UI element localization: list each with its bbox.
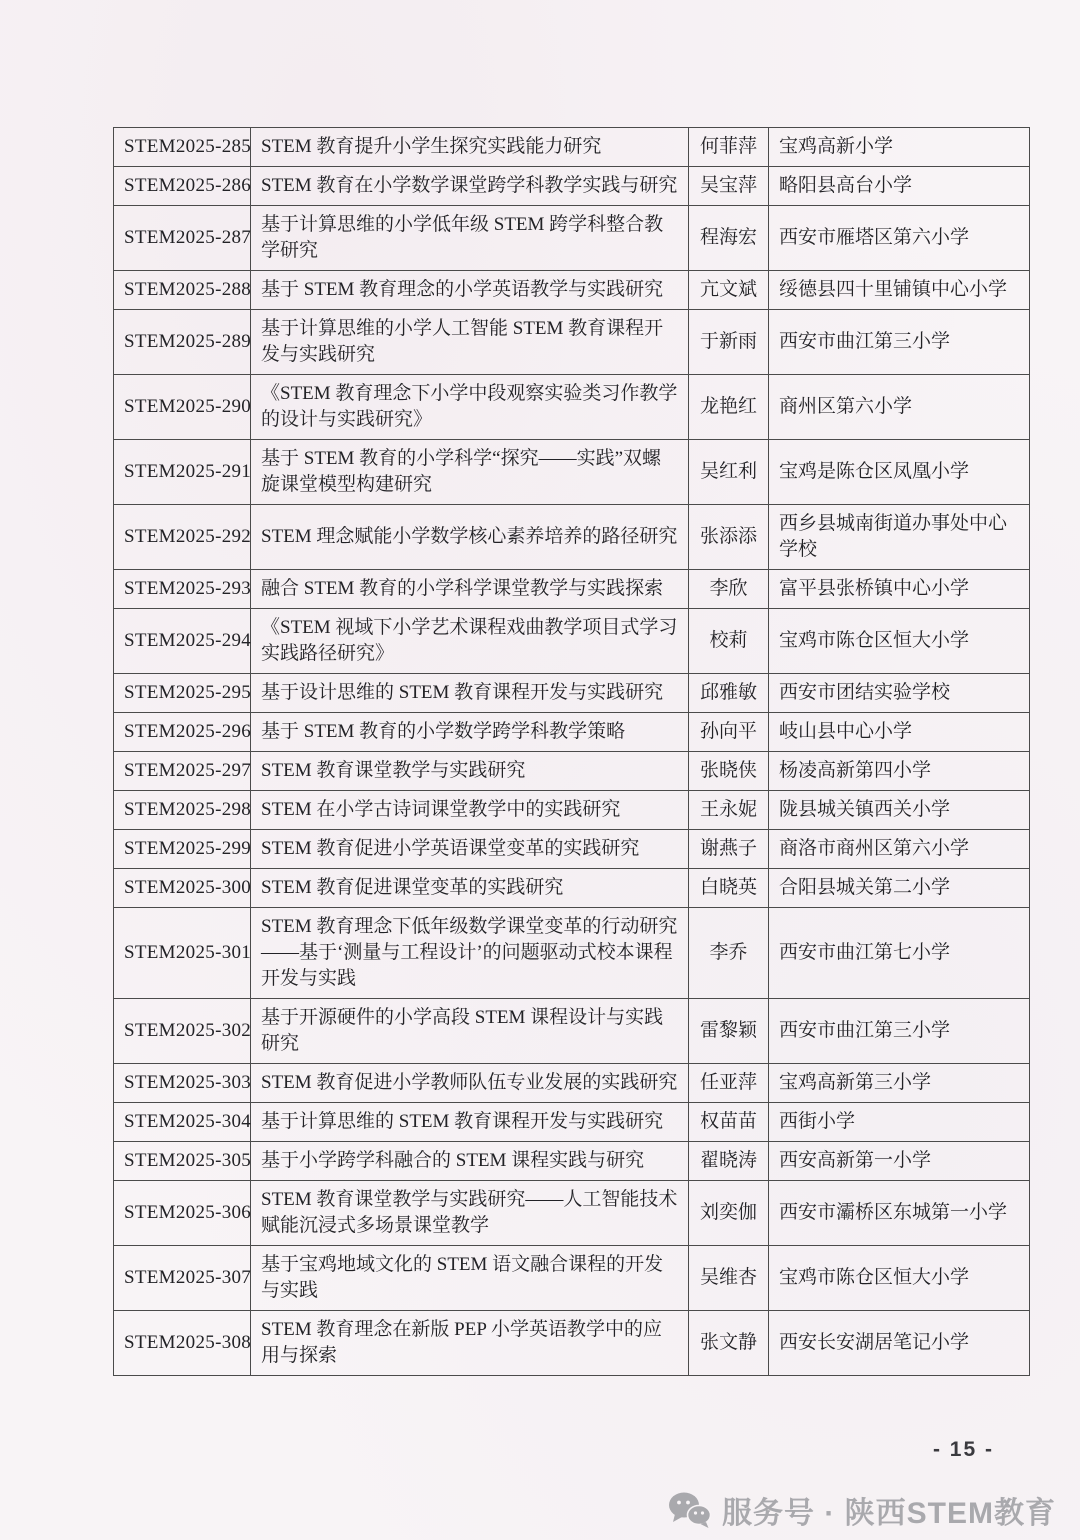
project-title: 基于计算思维的小学低年级 STEM 跨学科整合教学研究	[261, 214, 663, 261]
leader-name-cell: 张添添	[689, 505, 769, 570]
leader-name-cell: 翟晓涛	[689, 1142, 769, 1181]
project-id: STEM2025-305	[124, 1150, 251, 1171]
leader-name-cell: 任亚萍	[689, 1064, 769, 1103]
leader-name: 权苗苗	[700, 1111, 757, 1132]
project-id-cell: STEM2025-289	[114, 310, 251, 375]
school-name-cell: 绥德县四十里铺镇中心小学	[769, 271, 1030, 310]
project-id-cell: STEM2025-287	[114, 206, 251, 271]
project-title: 基于 STEM 教育理念的小学英语教学与实践研究	[261, 279, 663, 300]
leader-name: 程海宏	[700, 227, 757, 248]
leader-name: 吴维杏	[700, 1267, 757, 1288]
project-id: STEM2025-294	[124, 630, 251, 651]
school-name-cell: 略阳县高台小学	[769, 167, 1030, 206]
projects-table-container: STEM2025-285 STEM 教育提升小学生探究实践能力研究 何菲萍 宝鸡…	[113, 127, 1029, 1376]
table-row: STEM2025-300 STEM 教育促进课堂变革的实践研究 白晓英 合阳县城…	[114, 869, 1030, 908]
project-title-cell: 基于小学跨学科融合的 STEM 课程实践与研究	[251, 1142, 689, 1181]
leader-name-cell: 吴宝萍	[689, 167, 769, 206]
school-name: 杨凌高新第四小学	[779, 760, 931, 781]
table-row: STEM2025-306 STEM 教育课堂教学与实践研究——人工智能技术赋能沉…	[114, 1181, 1030, 1246]
project-title-cell: 基于计算思维的小学人工智能 STEM 教育课程开发与实践研究	[251, 310, 689, 375]
project-title: STEM 在小学古诗词课堂教学中的实践研究	[261, 799, 620, 820]
project-id: STEM2025-306	[124, 1202, 251, 1223]
project-id-cell: STEM2025-285	[114, 128, 251, 167]
leader-name: 亢文斌	[700, 279, 757, 300]
school-name-cell: 宝鸡是陈仓区凤凰小学	[769, 440, 1030, 505]
project-id: STEM2025-303	[124, 1072, 251, 1093]
leader-name-cell: 张文静	[689, 1311, 769, 1376]
school-name-cell: 西安市曲江第七小学	[769, 908, 1030, 999]
project-id: STEM2025-292	[124, 526, 251, 547]
watermark-label: 服务号 · 陕西STEM教育	[722, 1488, 1056, 1532]
table-row: STEM2025-297 STEM 教育课堂教学与实践研究 张晓侠 杨凌高新第四…	[114, 752, 1030, 791]
school-name: 富平县张桥镇中心小学	[779, 578, 969, 599]
table-row: STEM2025-299 STEM 教育促进小学英语课堂变革的实践研究 谢燕子 …	[114, 830, 1030, 869]
project-id: STEM2025-290	[124, 396, 251, 417]
project-title-cell: 基于 STEM 教育的小学科学“探究——实践”双螺旋课堂模型构建研究	[251, 440, 689, 505]
leader-name: 雷黎颖	[700, 1020, 757, 1041]
wechat-icon	[668, 1491, 712, 1529]
table-row: STEM2025-295 基于设计思维的 STEM 教育课程开发与实践研究 邱雅…	[114, 674, 1030, 713]
project-id: STEM2025-288	[124, 279, 251, 300]
project-title-cell: STEM 教育促进课堂变革的实践研究	[251, 869, 689, 908]
leader-name: 于新雨	[700, 331, 757, 352]
project-title: 基于计算思维的 STEM 教育课程开发与实践研究	[261, 1111, 663, 1132]
table-row: STEM2025-286 STEM 教育在小学数学课堂跨学科教学实践与研究 吴宝…	[114, 167, 1030, 206]
school-name-cell: 杨凌高新第四小学	[769, 752, 1030, 791]
table-row: STEM2025-290 《STEM 教育理念下小学中段观察实验类习作教学的设计…	[114, 375, 1030, 440]
project-id-cell: STEM2025-297	[114, 752, 251, 791]
project-title-cell: STEM 教育促进小学教师队伍专业发展的实践研究	[251, 1064, 689, 1103]
project-title: STEM 教育课堂教学与实践研究	[261, 760, 525, 781]
page-number: - 15 -	[933, 1438, 994, 1462]
project-id: STEM2025-295	[124, 682, 251, 703]
project-title: STEM 教育理念在新版 PEP 小学英语教学中的应用与探索	[261, 1319, 662, 1366]
project-id-cell: STEM2025-302	[114, 999, 251, 1064]
project-id: STEM2025-285	[124, 136, 251, 157]
leader-name: 孙向平	[700, 721, 757, 742]
project-id: STEM2025-297	[124, 760, 251, 781]
project-id-cell: STEM2025-300	[114, 869, 251, 908]
table-row: STEM2025-296 基于 STEM 教育的小学数学跨学科教学策略 孙向平 …	[114, 713, 1030, 752]
leader-name-cell: 李乔	[689, 908, 769, 999]
project-title: 《STEM 教育理念下小学中段观察实验类习作教学的设计与实践研究》	[261, 383, 677, 430]
table-row: STEM2025-285 STEM 教育提升小学生探究实践能力研究 何菲萍 宝鸡…	[114, 128, 1030, 167]
project-id-cell: STEM2025-303	[114, 1064, 251, 1103]
school-name: 西安市曲江第七小学	[779, 942, 950, 963]
project-id-cell: STEM2025-299	[114, 830, 251, 869]
school-name: 西乡县城南街道办事处中心学校	[779, 513, 1007, 560]
projects-table-body: STEM2025-285 STEM 教育提升小学生探究实践能力研究 何菲萍 宝鸡…	[114, 128, 1030, 1376]
table-row: STEM2025-308 STEM 教育理念在新版 PEP 小学英语教学中的应用…	[114, 1311, 1030, 1376]
project-title: 基于计算思维的小学人工智能 STEM 教育课程开发与实践研究	[261, 318, 663, 365]
project-title-cell: STEM 在小学古诗词课堂教学中的实践研究	[251, 791, 689, 830]
project-id-cell: STEM2025-293	[114, 570, 251, 609]
project-id-cell: STEM2025-291	[114, 440, 251, 505]
leader-name: 张晓侠	[700, 760, 757, 781]
school-name-cell: 宝鸡高新第三小学	[769, 1064, 1030, 1103]
school-name-cell: 宝鸡高新小学	[769, 128, 1030, 167]
project-title: 基于 STEM 教育的小学科学“探究——实践”双螺旋课堂模型构建研究	[261, 448, 661, 495]
leader-name: 吴宝萍	[700, 175, 757, 196]
leader-name-cell: 孙向平	[689, 713, 769, 752]
school-name-cell: 商洛市商州区第六小学	[769, 830, 1030, 869]
school-name-cell: 西安市灞桥区东城第一小学	[769, 1181, 1030, 1246]
project-title: 融合 STEM 教育的小学科学课堂教学与实践探索	[261, 578, 663, 599]
table-row: STEM2025-291 基于 STEM 教育的小学科学“探究——实践”双螺旋课…	[114, 440, 1030, 505]
project-id: STEM2025-287	[124, 227, 251, 248]
project-id: STEM2025-302	[124, 1020, 251, 1041]
leader-name: 张文静	[700, 1332, 757, 1353]
project-title: 基于宝鸡地域文化的 STEM 语文融合课程的开发与实践	[261, 1254, 663, 1301]
table-row: STEM2025-289 基于计算思维的小学人工智能 STEM 教育课程开发与实…	[114, 310, 1030, 375]
leader-name-cell: 李欣	[689, 570, 769, 609]
project-title: 基于小学跨学科融合的 STEM 课程实践与研究	[261, 1150, 644, 1171]
leader-name: 王永妮	[700, 799, 757, 820]
leader-name: 吴红利	[700, 461, 757, 482]
project-title-cell: 基于计算思维的 STEM 教育课程开发与实践研究	[251, 1103, 689, 1142]
school-name: 合阳县城关第二小学	[779, 877, 950, 898]
school-name: 西安市灞桥区东城第一小学	[779, 1202, 1007, 1223]
project-title: STEM 教育理念下低年级数学课堂变革的行动研究——基于‘测量与工程设计’的问题…	[261, 916, 677, 989]
table-row: STEM2025-288 基于 STEM 教育理念的小学英语教学与实践研究 亢文…	[114, 271, 1030, 310]
project-title-cell: 基于计算思维的小学低年级 STEM 跨学科整合教学研究	[251, 206, 689, 271]
table-row: STEM2025-307 基于宝鸡地域文化的 STEM 语文融合课程的开发与实践…	[114, 1246, 1030, 1311]
leader-name-cell: 王永妮	[689, 791, 769, 830]
leader-name: 张添添	[700, 526, 757, 547]
project-title-cell: STEM 教育理念在新版 PEP 小学英语教学中的应用与探索	[251, 1311, 689, 1376]
school-name-cell: 西安市曲江第三小学	[769, 999, 1030, 1064]
project-title-cell: STEM 教育提升小学生探究实践能力研究	[251, 128, 689, 167]
project-title: STEM 教育促进小学教师队伍专业发展的实践研究	[261, 1072, 677, 1093]
school-name-cell: 西安市团结实验学校	[769, 674, 1030, 713]
project-id: STEM2025-299	[124, 838, 251, 859]
school-name: 西安市曲江第三小学	[779, 1020, 950, 1041]
school-name: 商洛市商州区第六小学	[779, 838, 969, 859]
leader-name-cell: 谢燕子	[689, 830, 769, 869]
project-id: STEM2025-291	[124, 461, 251, 482]
school-name-cell: 西安市曲江第三小学	[769, 310, 1030, 375]
leader-name-cell: 何菲萍	[689, 128, 769, 167]
project-id-cell: STEM2025-305	[114, 1142, 251, 1181]
school-name-cell: 宝鸡市陈仓区恒大小学	[769, 1246, 1030, 1311]
table-row: STEM2025-298 STEM 在小学古诗词课堂教学中的实践研究 王永妮 陇…	[114, 791, 1030, 830]
school-name-cell: 西乡县城南街道办事处中心学校	[769, 505, 1030, 570]
school-name-cell: 西安长安湖居笔记小学	[769, 1311, 1030, 1376]
school-name-cell: 陇县城关镇西关小学	[769, 791, 1030, 830]
school-name: 西安高新第一小学	[779, 1150, 931, 1171]
leader-name-cell: 吴维杏	[689, 1246, 769, 1311]
project-title: STEM 教育在小学数学课堂跨学科教学实践与研究	[261, 175, 677, 196]
projects-table: STEM2025-285 STEM 教育提升小学生探究实践能力研究 何菲萍 宝鸡…	[113, 127, 1030, 1376]
school-name: 绥德县四十里铺镇中心小学	[779, 279, 1007, 300]
school-name-cell: 西街小学	[769, 1103, 1030, 1142]
leader-name-cell: 邱雅敏	[689, 674, 769, 713]
project-title-cell: STEM 教育促进小学英语课堂变革的实践研究	[251, 830, 689, 869]
leader-name-cell: 白晓英	[689, 869, 769, 908]
school-name: 宝鸡是陈仓区凤凰小学	[779, 461, 969, 482]
leader-name-cell: 于新雨	[689, 310, 769, 375]
project-id: STEM2025-296	[124, 721, 251, 742]
school-name-cell: 岐山县中心小学	[769, 713, 1030, 752]
leader-name: 李欣	[709, 578, 747, 599]
project-id: STEM2025-304	[124, 1111, 251, 1132]
project-title-cell: STEM 理念赋能小学数学核心素养培养的路径研究	[251, 505, 689, 570]
school-name: 宝鸡市陈仓区恒大小学	[779, 1267, 969, 1288]
leader-name-cell: 程海宏	[689, 206, 769, 271]
leader-name-cell: 亢文斌	[689, 271, 769, 310]
project-title-cell: STEM 教育课堂教学与实践研究——人工智能技术赋能沉浸式多场景课堂教学	[251, 1181, 689, 1246]
leader-name-cell: 权苗苗	[689, 1103, 769, 1142]
project-id-cell: STEM2025-288	[114, 271, 251, 310]
school-name: 西街小学	[779, 1111, 855, 1132]
project-title: STEM 理念赋能小学数学核心素养培养的路径研究	[261, 526, 677, 547]
project-id-cell: STEM2025-296	[114, 713, 251, 752]
school-name-cell: 西安市雁塔区第六小学	[769, 206, 1030, 271]
school-name-cell: 宝鸡市陈仓区恒大小学	[769, 609, 1030, 674]
table-row: STEM2025-301 STEM 教育理念下低年级数学课堂变革的行动研究——基…	[114, 908, 1030, 999]
school-name: 宝鸡市陈仓区恒大小学	[779, 630, 969, 651]
project-id: STEM2025-298	[124, 799, 251, 820]
table-row: STEM2025-292 STEM 理念赋能小学数学核心素养培养的路径研究 张添…	[114, 505, 1030, 570]
leader-name: 何菲萍	[700, 136, 757, 157]
school-name: 宝鸡高新第三小学	[779, 1072, 931, 1093]
project-title: STEM 教育课堂教学与实践研究——人工智能技术赋能沉浸式多场景课堂教学	[261, 1189, 677, 1236]
project-id: STEM2025-300	[124, 877, 251, 898]
leader-name: 校莉	[709, 630, 747, 651]
project-title-cell: STEM 教育课堂教学与实践研究	[251, 752, 689, 791]
project-id-cell: STEM2025-308	[114, 1311, 251, 1376]
project-title-cell: STEM 教育理念下低年级数学课堂变革的行动研究——基于‘测量与工程设计’的问题…	[251, 908, 689, 999]
wechat-watermark: 服务号 · 陕西STEM教育	[668, 1488, 1056, 1532]
leader-name: 龙艳红	[700, 396, 757, 417]
leader-name-cell: 张晓侠	[689, 752, 769, 791]
table-row: STEM2025-305 基于小学跨学科融合的 STEM 课程实践与研究 翟晓涛…	[114, 1142, 1030, 1181]
project-id-cell: STEM2025-301	[114, 908, 251, 999]
project-title-cell: 《STEM 视域下小学艺术课程戏曲教学项目式学习实践路径研究》	[251, 609, 689, 674]
project-title-cell: 《STEM 教育理念下小学中段观察实验类习作教学的设计与实践研究》	[251, 375, 689, 440]
school-name-cell: 富平县张桥镇中心小学	[769, 570, 1030, 609]
leader-name: 翟晓涛	[700, 1150, 757, 1171]
table-row: STEM2025-302 基于开源硬件的小学高段 STEM 课程设计与实践研究 …	[114, 999, 1030, 1064]
school-name-cell: 商州区第六小学	[769, 375, 1030, 440]
school-name: 陇县城关镇西关小学	[779, 799, 950, 820]
school-name: 西安市曲江第三小学	[779, 331, 950, 352]
leader-name-cell: 吴红利	[689, 440, 769, 505]
project-title: 基于 STEM 教育的小学数学跨学科教学策略	[261, 721, 625, 742]
leader-name: 刘奕伽	[700, 1202, 757, 1223]
project-title-cell: 基于 STEM 教育的小学数学跨学科教学策略	[251, 713, 689, 752]
leader-name-cell: 雷黎颖	[689, 999, 769, 1064]
leader-name: 白晓英	[700, 877, 757, 898]
project-title: STEM 教育促进课堂变革的实践研究	[261, 877, 563, 898]
project-title-cell: 基于开源硬件的小学高段 STEM 课程设计与实践研究	[251, 999, 689, 1064]
project-id-cell: STEM2025-294	[114, 609, 251, 674]
project-id: STEM2025-301	[124, 942, 251, 963]
project-id-cell: STEM2025-307	[114, 1246, 251, 1311]
leader-name: 任亚萍	[700, 1072, 757, 1093]
project-title-cell: 基于宝鸡地域文化的 STEM 语文融合课程的开发与实践	[251, 1246, 689, 1311]
leader-name-cell: 龙艳红	[689, 375, 769, 440]
school-name: 西安长安湖居笔记小学	[779, 1332, 969, 1353]
school-name-cell: 合阳县城关第二小学	[769, 869, 1030, 908]
table-row: STEM2025-294 《STEM 视域下小学艺术课程戏曲教学项目式学习实践路…	[114, 609, 1030, 674]
project-title: STEM 教育促进小学英语课堂变革的实践研究	[261, 838, 639, 859]
project-id-cell: STEM2025-290	[114, 375, 251, 440]
project-title: 《STEM 视域下小学艺术课程戏曲教学项目式学习实践路径研究》	[261, 617, 677, 664]
leader-name: 邱雅敏	[700, 682, 757, 703]
school-name: 岐山县中心小学	[779, 721, 912, 742]
project-id-cell: STEM2025-306	[114, 1181, 251, 1246]
table-row: STEM2025-287 基于计算思维的小学低年级 STEM 跨学科整合教学研究…	[114, 206, 1030, 271]
project-id-cell: STEM2025-295	[114, 674, 251, 713]
project-title-cell: 基于 STEM 教育理念的小学英语教学与实践研究	[251, 271, 689, 310]
project-id: STEM2025-293	[124, 578, 251, 599]
project-id-cell: STEM2025-292	[114, 505, 251, 570]
project-id-cell: STEM2025-298	[114, 791, 251, 830]
project-title-cell: 基于设计思维的 STEM 教育课程开发与实践研究	[251, 674, 689, 713]
table-row: STEM2025-293 融合 STEM 教育的小学科学课堂教学与实践探索 李欣…	[114, 570, 1030, 609]
school-name-cell: 西安高新第一小学	[769, 1142, 1030, 1181]
table-row: STEM2025-303 STEM 教育促进小学教师队伍专业发展的实践研究 任亚…	[114, 1064, 1030, 1103]
school-name: 商州区第六小学	[779, 396, 912, 417]
project-id-cell: STEM2025-286	[114, 167, 251, 206]
project-id: STEM2025-289	[124, 331, 251, 352]
project-title: STEM 教育提升小学生探究实践能力研究	[261, 136, 601, 157]
school-name: 西安市团结实验学校	[779, 682, 950, 703]
project-id: STEM2025-307	[124, 1267, 251, 1288]
school-name: 宝鸡高新小学	[779, 136, 893, 157]
leader-name: 李乔	[709, 942, 747, 963]
school-name: 略阳县高台小学	[779, 175, 912, 196]
project-title-cell: 融合 STEM 教育的小学科学课堂教学与实践探索	[251, 570, 689, 609]
project-id: STEM2025-308	[124, 1332, 251, 1353]
leader-name-cell: 刘奕伽	[689, 1181, 769, 1246]
project-title-cell: STEM 教育在小学数学课堂跨学科教学实践与研究	[251, 167, 689, 206]
school-name: 西安市雁塔区第六小学	[779, 227, 969, 248]
table-row: STEM2025-304 基于计算思维的 STEM 教育课程开发与实践研究 权苗…	[114, 1103, 1030, 1142]
project-id-cell: STEM2025-304	[114, 1103, 251, 1142]
leader-name: 谢燕子	[700, 838, 757, 859]
project-title: 基于开源硬件的小学高段 STEM 课程设计与实践研究	[261, 1007, 663, 1054]
leader-name-cell: 校莉	[689, 609, 769, 674]
project-id: STEM2025-286	[124, 175, 251, 196]
project-title: 基于设计思维的 STEM 教育课程开发与实践研究	[261, 682, 663, 703]
